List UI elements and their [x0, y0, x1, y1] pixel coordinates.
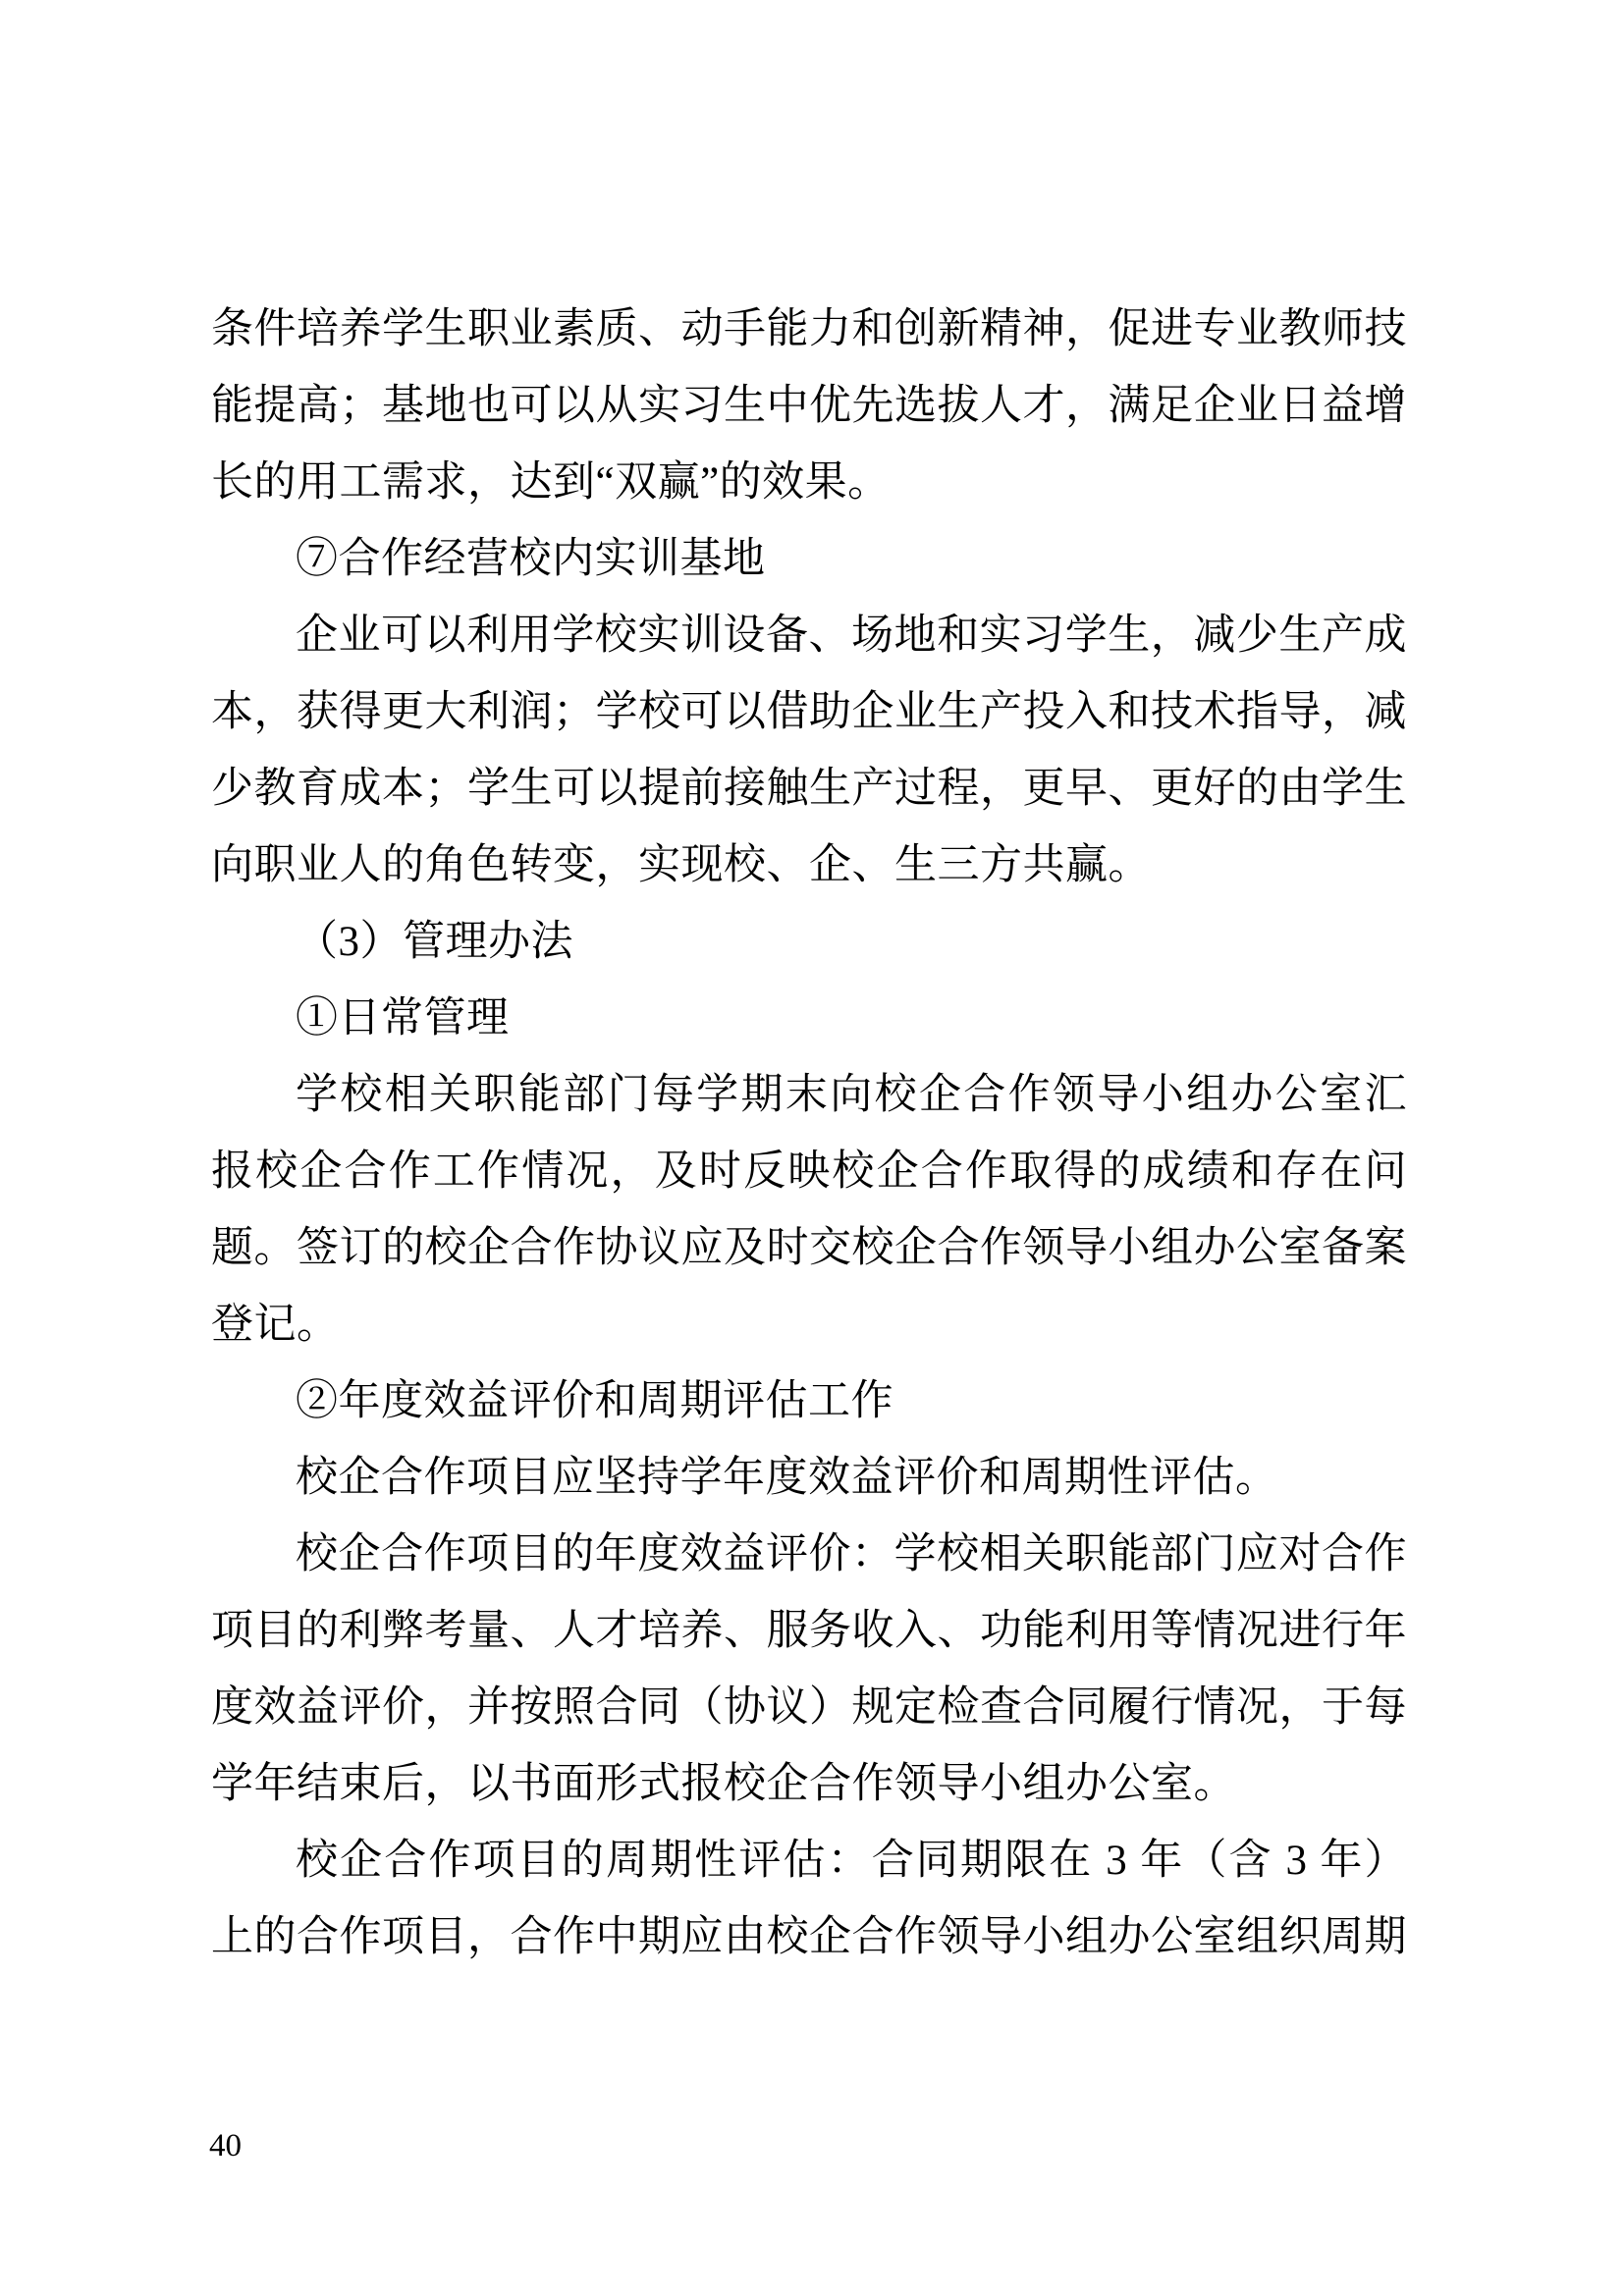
- text-line: 条件培养学生职业素质、动手能力和创新精神，促进专业教师技: [211, 292, 1407, 368]
- text-block: 条件培养学生职业素质、动手能力和创新精神，促进专业教师技能提高；基地也可以从实习…: [211, 292, 1407, 1976]
- page-number: 40: [209, 2128, 242, 2163]
- text-line: 登记。: [211, 1287, 1407, 1363]
- text-line: 本，获得更大利润；学校可以借助企业生产投入和技术指导，减: [211, 674, 1407, 751]
- text-line: 少教育成本；学生可以提前接触生产过程，更早、更好的由学生: [211, 751, 1407, 828]
- text-line: ②年度效益评价和周期评估工作: [211, 1363, 1407, 1440]
- text-line: 长的用工需求，达到“双赢”的效果。: [211, 445, 1407, 521]
- text-line: 报校企合作工作情况，及时反映校企合作取得的成绩和存在问: [211, 1134, 1407, 1210]
- text-line: ①日常管理: [211, 981, 1407, 1057]
- text-line: 项目的利弊考量、人才培养、服务收入、功能利用等情况进行年: [211, 1593, 1407, 1670]
- text-line: 学年结束后，以书面形式报校企合作领导小组办公室。: [211, 1746, 1407, 1823]
- text-line: 企业可以利用学校实训设备、场地和实习学生，减少生产成: [211, 598, 1407, 674]
- text-line: 校企合作项目的周期性评估：合同期限在 3 年（含 3 年）以: [211, 1823, 1407, 1899]
- text-line: （3）管理办法: [211, 904, 1407, 981]
- text-line: 能提高；基地也可以从实习生中优先选拔人才，满足企业日益增: [211, 368, 1407, 445]
- text-line: 题。签订的校企合作协议应及时交校企合作领导小组办公室备案: [211, 1210, 1407, 1287]
- text-line: 学校相关职能部门每学期末向校企合作领导小组办公室汇: [211, 1057, 1407, 1134]
- text-line: ⑦合作经营校内实训基地: [211, 521, 1407, 598]
- text-line: 向职业人的角色转变，实现校、企、生三方共赢。: [211, 828, 1407, 904]
- text-line: 校企合作项目应坚持学年度效益评价和周期性评估。: [211, 1440, 1407, 1517]
- text-line: 度效益评价，并按照合同（协议）规定检查合同履行情况，于每: [211, 1670, 1407, 1746]
- text-line: 上的合作项目，合作中期应由校企合作领导小组办公室组织周期: [211, 1899, 1407, 1976]
- document-page: 条件培养学生职业素质、动手能力和创新精神，促进专业教师技能提高；基地也可以从实习…: [0, 0, 1624, 2296]
- text-line: 校企合作项目的年度效益评价：学校相关职能部门应对合作: [211, 1517, 1407, 1593]
